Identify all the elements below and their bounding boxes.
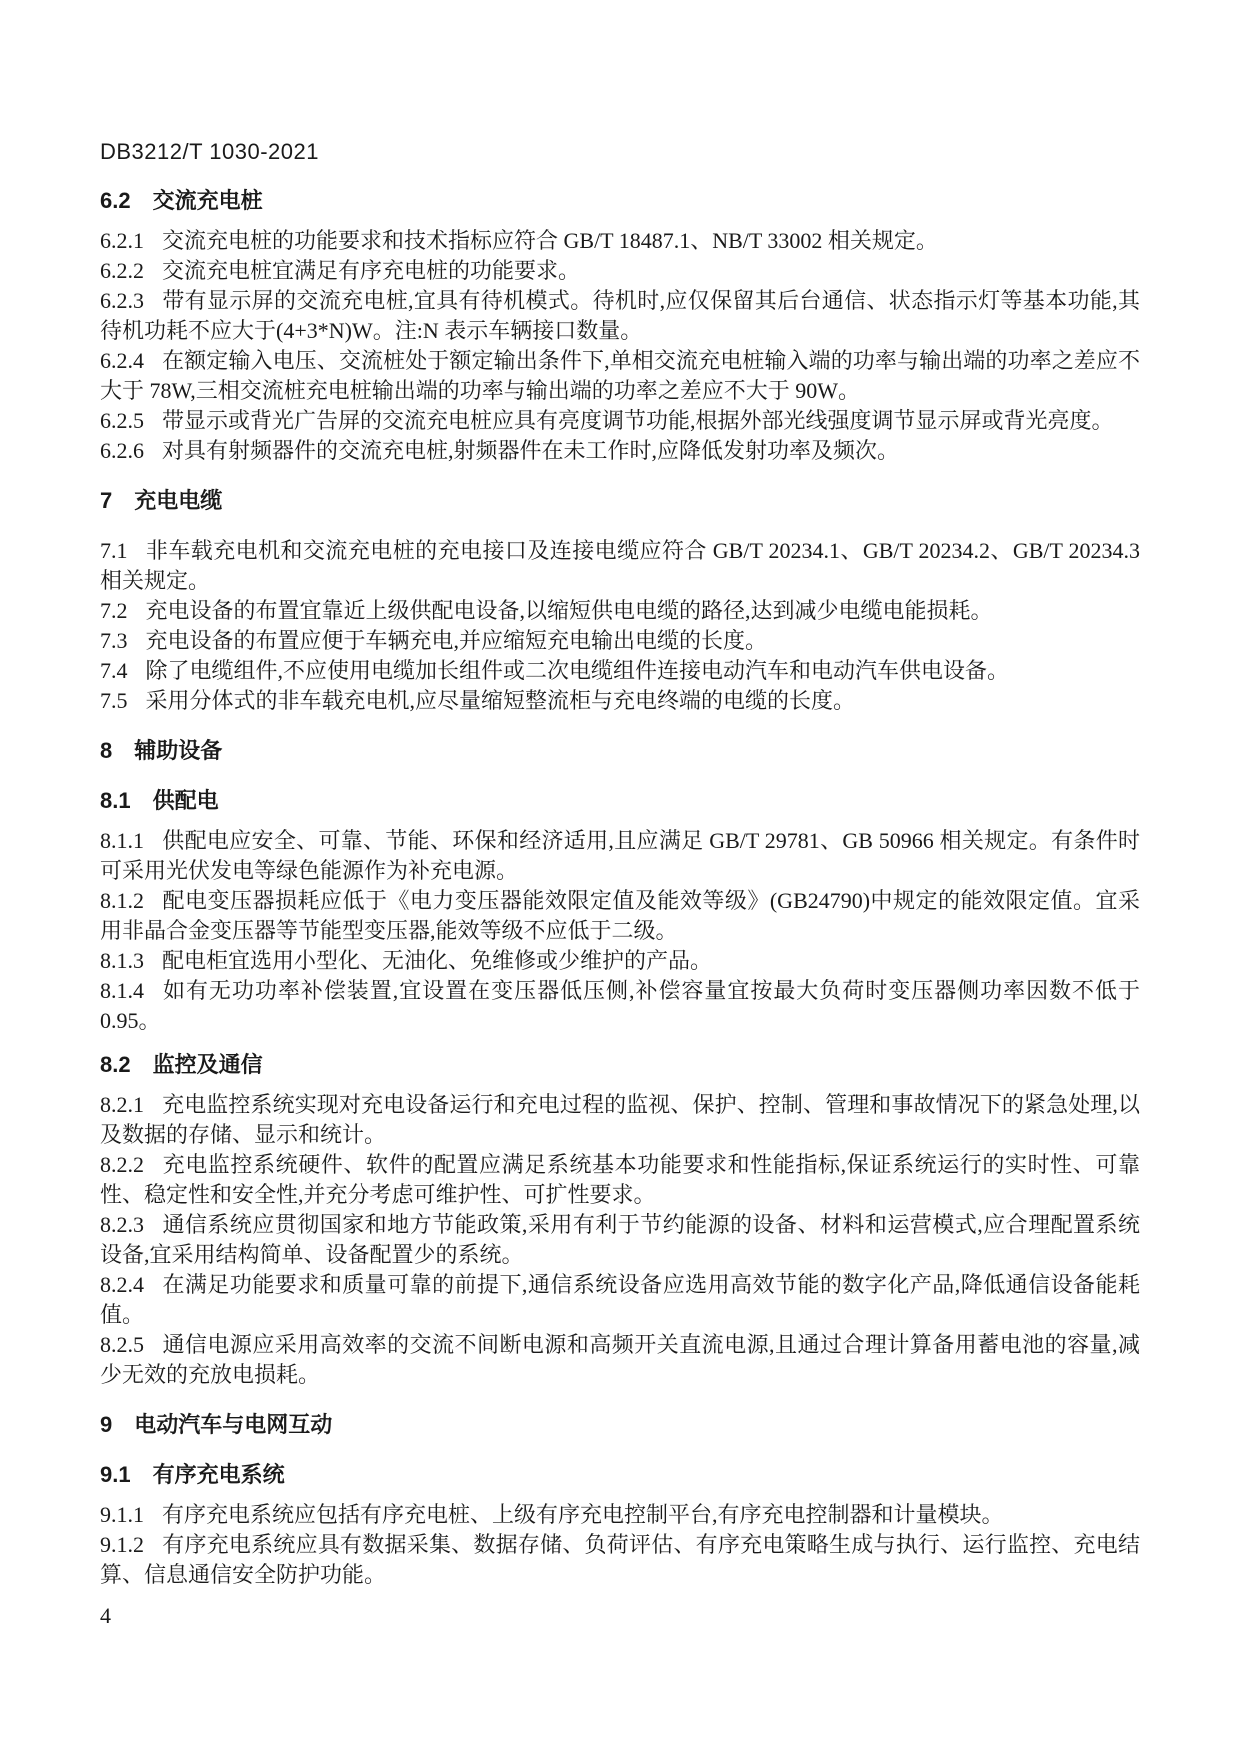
page-number: 4 xyxy=(100,1602,1140,1630)
clause-text: 充电监控系统实现对充电设备运行和充电过程的监视、保护、控制、管理和事故情况下的紧… xyxy=(100,1092,1140,1147)
clause-paragraph: 9.1.1有序充电系统应包括有序充电桩、上级有序充电控制平台,有序充电控制器和计… xyxy=(100,1500,1140,1530)
heading-number: 8.2 xyxy=(100,1052,131,1077)
clause-number: 8.1.2 xyxy=(100,888,144,913)
heading-number: 9.1 xyxy=(100,1462,131,1487)
clause-text: 充电设备的布置应便于车辆充电,并应缩短充电输出电缆的长度。 xyxy=(146,628,768,653)
heading-number: 8 xyxy=(100,738,112,763)
clause-text: 充电监控系统硬件、软件的配置应满足系统基本功能要求和性能指标,保证系统运行的实时… xyxy=(100,1152,1140,1207)
clause-text: 带显示或背光广告屏的交流充电桩应具有亮度调节功能,根据外部光线强度调节显示屏或背… xyxy=(162,408,1114,433)
clause-paragraph: 8.2.5通信电源应采用高效率的交流不间断电源和高频开关直流电源,且通过合理计算… xyxy=(100,1330,1140,1390)
heading-number: 8.1 xyxy=(100,788,131,813)
clause-number: 8.2.4 xyxy=(100,1272,144,1297)
clause-text: 配电变压器损耗应低于《电力变压器能效限定值及能效等级》(GB24790)中规定的… xyxy=(100,888,1140,943)
heading-title: 交流充电桩 xyxy=(153,188,263,213)
clause-number: 6.2.4 xyxy=(100,348,144,373)
clause-number: 6.2.2 xyxy=(100,258,144,283)
clause-paragraph: 6.2.1交流充电桩的功能要求和技术指标应符合 GB/T 18487.1、NB/… xyxy=(100,226,1140,256)
clause-text: 通信系统应贯彻国家和地方节能政策,采用有利于节约能源的设备、材料和运营模式,应合… xyxy=(100,1212,1140,1267)
clause-text: 非车载充电机和交流充电桩的充电接口及连接电缆应符合 GB/T 20234.1、G… xyxy=(100,538,1140,593)
heading-title: 供配电 xyxy=(153,788,219,813)
clause-paragraph: 6.2.6对具有射频器件的交流充电桩,射频器件在未工作时,应降低发射功率及频次。 xyxy=(100,436,1140,466)
clause-text: 对具有射频器件的交流充电桩,射频器件在未工作时,应降低发射功率及频次。 xyxy=(162,438,899,463)
clause-paragraph: 8.2.4在满足功能要求和质量可靠的前提下,通信系统设备应选用高效节能的数字化产… xyxy=(100,1270,1140,1330)
clause-text: 采用分体式的非车载充电机,应尽量缩短整流柜与充电终端的电缆的长度。 xyxy=(146,688,856,713)
section-heading: 8.2监控及通信 xyxy=(100,1050,1140,1080)
clause-paragraph: 8.1.2配电变压器损耗应低于《电力变压器能效限定值及能效等级》(GB24790… xyxy=(100,886,1140,946)
clause-paragraph: 6.2.3带有显示屏的交流充电桩,宜具有待机模式。待机时,应仅保留其后台通信、状… xyxy=(100,286,1140,346)
document-body: 6.2交流充电桩6.2.1交流充电桩的功能要求和技术指标应符合 GB/T 184… xyxy=(100,186,1140,1590)
clause-number: 7.5 xyxy=(100,688,128,713)
clause-number: 8.1.1 xyxy=(100,828,144,853)
chapter-heading: 8辅助设备 xyxy=(100,736,1140,766)
clause-paragraph: 8.2.3通信系统应贯彻国家和地方节能政策,采用有利于节约能源的设备、材料和运营… xyxy=(100,1210,1140,1270)
clause-paragraph: 7.3充电设备的布置应便于车辆充电,并应缩短充电输出电缆的长度。 xyxy=(100,626,1140,656)
section-heading: 9.1有序充电系统 xyxy=(100,1460,1140,1490)
clause-number: 8.2.2 xyxy=(100,1152,144,1177)
clause-number: 7.4 xyxy=(100,658,128,683)
clause-paragraph: 7.5采用分体式的非车载充电机,应尽量缩短整流柜与充电终端的电缆的长度。 xyxy=(100,686,1140,716)
clause-text: 在满足功能要求和质量可靠的前提下,通信系统设备应选用高效节能的数字化产品,降低通… xyxy=(100,1272,1140,1327)
clause-paragraph: 8.2.1充电监控系统实现对充电设备运行和充电过程的监视、保护、控制、管理和事故… xyxy=(100,1090,1140,1150)
clause-text: 有序充电系统应具有数据采集、数据存储、负荷评估、有序充电策略生成与执行、运行监控… xyxy=(100,1532,1140,1587)
clause-text: 在额定输入电压、交流桩处于额定输出条件下,单相交流充电桩输入端的功率与输出端的功… xyxy=(100,348,1140,403)
document-page: DB3212/T 1030-2021 6.2交流充电桩6.2.1交流充电桩的功能… xyxy=(0,0,1241,1755)
clause-number: 6.2.5 xyxy=(100,408,144,433)
clause-number: 6.2.6 xyxy=(100,438,144,463)
clause-paragraph: 8.1.3配电柜宜选用小型化、无油化、免维修或少维护的产品。 xyxy=(100,946,1140,976)
clause-paragraph: 6.2.2交流充电桩宜满足有序充电桩的功能要求。 xyxy=(100,256,1140,286)
clause-text: 交流充电桩的功能要求和技术指标应符合 GB/T 18487.1、NB/T 330… xyxy=(162,228,938,253)
heading-number: 6.2 xyxy=(100,188,131,213)
clause-text: 交流充电桩宜满足有序充电桩的功能要求。 xyxy=(162,258,580,283)
clause-number: 8.1.3 xyxy=(100,948,144,973)
clause-number: 6.2.1 xyxy=(100,228,144,253)
chapter-heading: 7充电电缆 xyxy=(100,486,1140,516)
heading-title: 有序充电系统 xyxy=(153,1462,285,1487)
clause-number: 8.2.1 xyxy=(100,1092,144,1117)
clause-number: 8.1.4 xyxy=(100,978,144,1003)
clause-paragraph: 7.1非车载充电机和交流充电桩的充电接口及连接电缆应符合 GB/T 20234.… xyxy=(100,536,1140,596)
clause-text: 带有显示屏的交流充电桩,宜具有待机模式。待机时,应仅保留其后台通信、状态指示灯等… xyxy=(100,288,1140,343)
clause-number: 6.2.3 xyxy=(100,288,144,313)
clause-number: 7.1 xyxy=(100,538,128,563)
clause-paragraph: 7.2充电设备的布置宜靠近上级供配电设备,以缩短供电电缆的路径,达到减少电缆电能… xyxy=(100,596,1140,626)
heading-number: 9 xyxy=(100,1412,112,1437)
document-number-header: DB3212/T 1030-2021 xyxy=(100,138,1140,166)
clause-text: 如有无功功率补偿装置,宜设置在变压器低压侧,补偿容量宜按最大负荷时变压器侧功率因… xyxy=(100,978,1140,1033)
clause-paragraph: 8.2.2充电监控系统硬件、软件的配置应满足系统基本功能要求和性能指标,保证系统… xyxy=(100,1150,1140,1210)
clause-text: 充电设备的布置宜靠近上级供配电设备,以缩短供电电缆的路径,达到减少电缆电能损耗。 xyxy=(146,598,993,623)
heading-number: 7 xyxy=(100,488,112,513)
clause-text: 除了电缆组件,不应使用电缆加长组件或二次电缆组件连接电动汽车和电动汽车供电设备。 xyxy=(146,658,1010,683)
clause-paragraph: 6.2.5带显示或背光广告屏的交流充电桩应具有亮度调节功能,根据外部光线强度调节… xyxy=(100,406,1140,436)
clause-paragraph: 8.1.1供配电应安全、可靠、节能、环保和经济适用,且应满足 GB/T 2978… xyxy=(100,826,1140,886)
clause-paragraph: 8.1.4如有无功功率补偿装置,宜设置在变压器低压侧,补偿容量宜按最大负荷时变压… xyxy=(100,976,1140,1036)
clause-text: 通信电源应采用高效率的交流不间断电源和高频开关直流电源,且通过合理计算备用蓄电池… xyxy=(100,1332,1140,1387)
clause-text: 配电柜宜选用小型化、无油化、免维修或少维护的产品。 xyxy=(162,948,712,973)
clause-paragraph: 7.4除了电缆组件,不应使用电缆加长组件或二次电缆组件连接电动汽车和电动汽车供电… xyxy=(100,656,1140,686)
heading-title: 监控及通信 xyxy=(153,1052,263,1077)
section-heading: 6.2交流充电桩 xyxy=(100,186,1140,216)
heading-title: 辅助设备 xyxy=(134,738,222,763)
chapter-heading: 9电动汽车与电网互动 xyxy=(100,1410,1140,1440)
heading-title: 电动汽车与电网互动 xyxy=(134,1412,332,1437)
heading-title: 充电电缆 xyxy=(134,488,222,513)
clause-number: 8.2.3 xyxy=(100,1212,144,1237)
clause-number: 9.1.1 xyxy=(100,1502,144,1527)
clause-text: 有序充电系统应包括有序充电桩、上级有序充电控制平台,有序充电控制器和计量模块。 xyxy=(162,1502,1004,1527)
clause-text: 供配电应安全、可靠、节能、环保和经济适用,且应满足 GB/T 29781、GB … xyxy=(100,828,1140,883)
clause-paragraph: 6.2.4在额定输入电压、交流桩处于额定输出条件下,单相交流充电桩输入端的功率与… xyxy=(100,346,1140,406)
section-heading: 8.1供配电 xyxy=(100,786,1140,816)
clause-number: 8.2.5 xyxy=(100,1332,144,1357)
clause-number: 7.2 xyxy=(100,598,128,623)
clause-number: 7.3 xyxy=(100,628,128,653)
clause-number: 9.1.2 xyxy=(100,1532,144,1557)
clause-paragraph: 9.1.2有序充电系统应具有数据采集、数据存储、负荷评估、有序充电策略生成与执行… xyxy=(100,1530,1140,1590)
